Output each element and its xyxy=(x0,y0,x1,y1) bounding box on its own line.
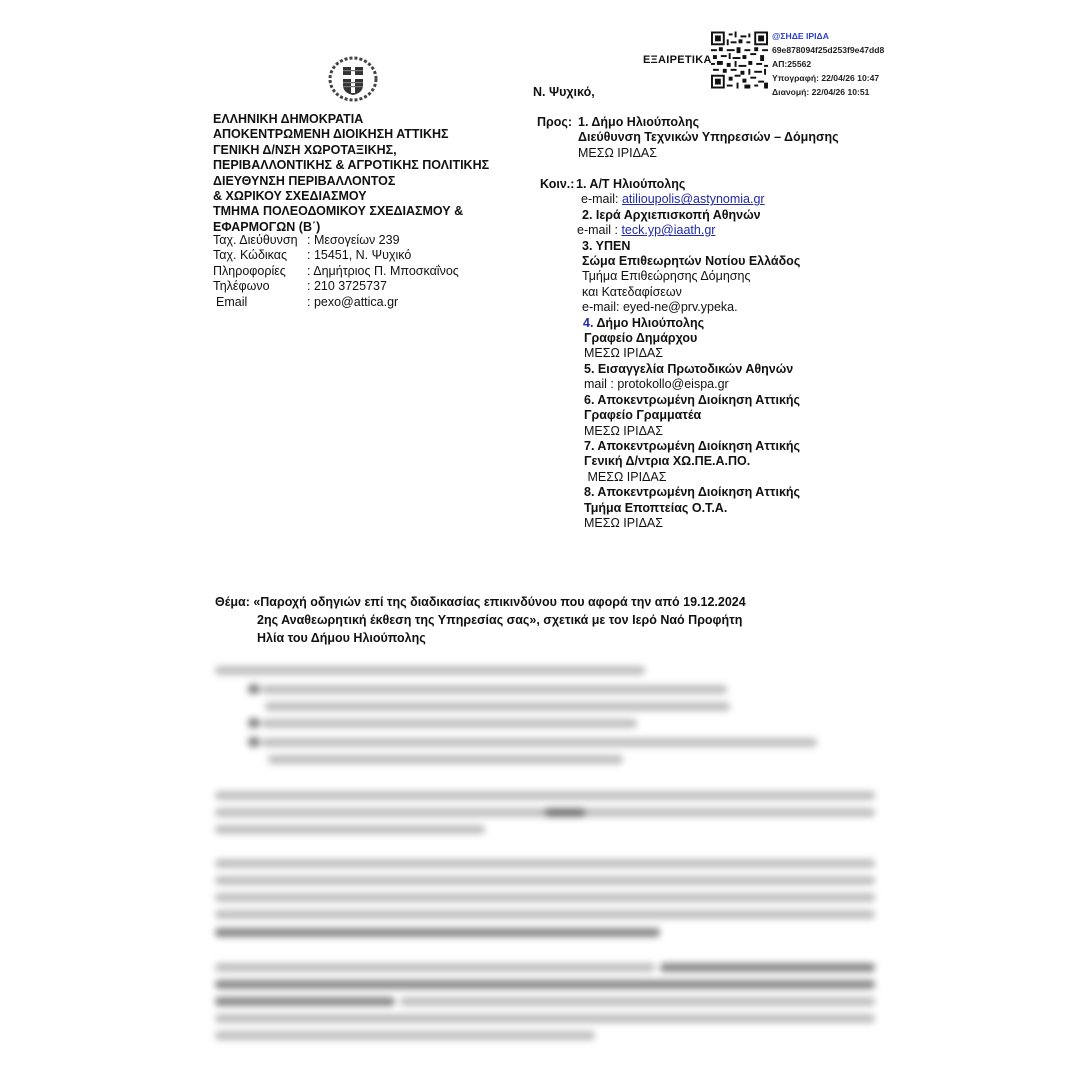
redacted-body xyxy=(0,0,1080,1080)
